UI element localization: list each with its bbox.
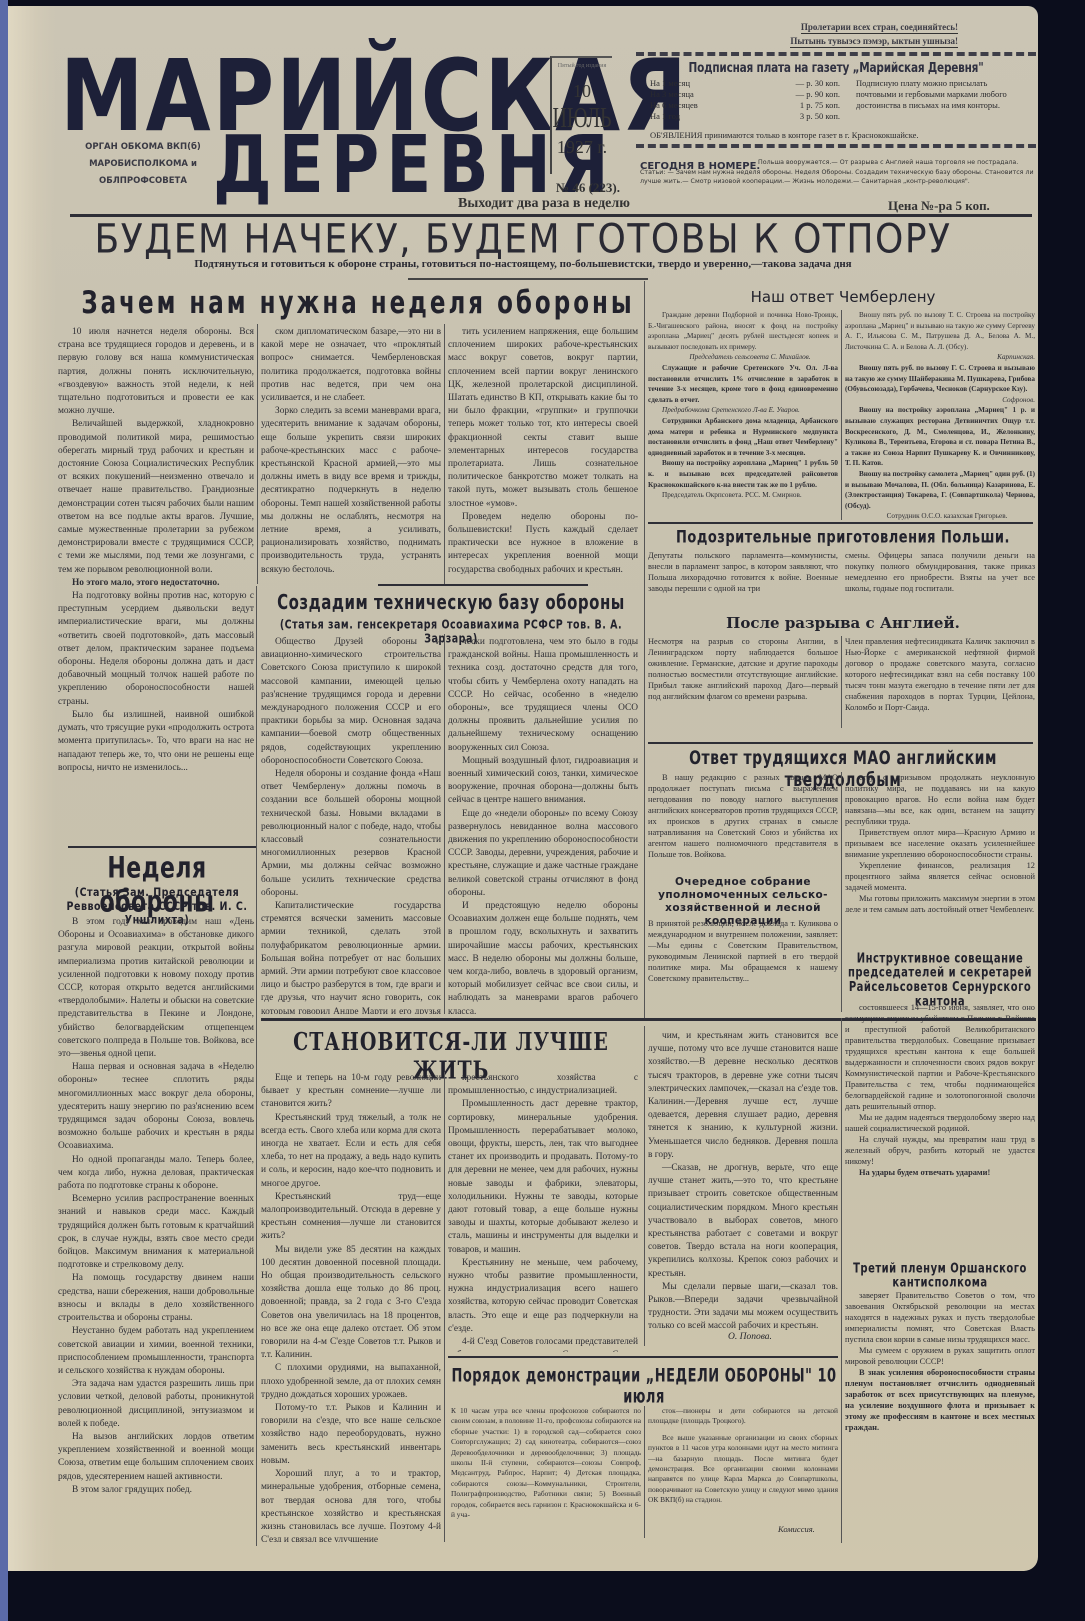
article-mao-reply-col1: В нашу редакцию с разных концов МАО прод… — [648, 772, 838, 874]
article-england-col1: Несмотря на разрыв со стороны Англии, в … — [648, 636, 838, 728]
article-title-instructive: Инструктивное совещание председателей и … — [845, 952, 1035, 1009]
column-rule — [841, 636, 842, 728]
rate-row: На 1 год3 р. 50 коп. — [650, 111, 840, 122]
article-better-life-col1: Еще и теперь на 10-м году революции быва… — [261, 1072, 441, 1542]
ads-notice: ОБ'ЯВЛЕНИЯ принимаются только в конторе … — [650, 130, 919, 140]
article-coop-meeting-text: В принятой резолюции, после доклада т. К… — [648, 918, 838, 1008]
column-rule — [444, 634, 445, 1014]
scan-edge-left — [0, 0, 8, 1621]
column-rule — [841, 1018, 842, 1543]
date-label: Пятый год издания — [552, 62, 612, 71]
article-divider — [448, 1356, 838, 1358]
organ-line: ОРГАН ОБКОМА ВКП(б) — [68, 139, 218, 156]
article-divider — [648, 742, 1033, 744]
column-rule — [644, 281, 645, 1021]
column-rule — [644, 1026, 645, 1346]
today-in-issue-label: СЕГОДНЯ В НОМЕРЕ. — [640, 161, 760, 172]
article-instructive-text: состоявшееся 14—15-го июня, заявляет, чт… — [845, 1002, 1035, 1252]
article-why-week-col2: ском дипломатическом базаре,—это ни в ка… — [261, 326, 441, 576]
article-tech-base-col2: чески подготовлена, чем это было в годы … — [448, 636, 638, 1014]
column-rule — [256, 586, 257, 1546]
article-demonstration-col2: сток—пионеры и дети собираются на детско… — [648, 1406, 838, 1538]
newspaper-page: МАРИЙСКАЯ ДЕРЕВНЯ ОРГАН ОБКОМА ВКП(б) МА… — [8, 6, 1038, 1571]
article-title-poland: Подозрительные приготовления Польши. — [648, 528, 1038, 548]
masthead-organ: ОРГАН ОБКОМА ВКП(б) МАРОБИСПОЛКОМА и ОБЛ… — [68, 139, 218, 190]
article-poland-col1: Депутаты польского парламента—коммунисты… — [648, 550, 838, 602]
scan-edge-right — [1045, 0, 1085, 1621]
subscription-note: Подписную плату можно присылать почтовым… — [856, 78, 1026, 111]
article-why-week-col1: 10 июля начнется неделя обороны. Вся стр… — [58, 326, 254, 846]
date-box: Пятый год издания 10 ИЮЛЬ 1927 г. — [550, 56, 612, 174]
article-title-england: После разрыва с Англией. — [648, 614, 1038, 632]
subscription-title: Подписная плата на газету „Марийская Дер… — [642, 61, 1030, 76]
article-title-orsha-plenum: Третий пленум Оршанского кантисполкома — [845, 1262, 1035, 1291]
slogan-mari: Пытынь тувыэсэ пэмэр, ыктын ушныза! — [790, 36, 958, 48]
date-month: ИЮЛЬ — [552, 103, 612, 135]
date-day: 10 — [552, 81, 612, 102]
article-mao-reply-col2: стау с призывом продолжать неуклонную по… — [845, 772, 1035, 912]
organ-line: ОБЛПРОФСОВЕТА — [68, 173, 218, 190]
slogan-russian: Пролетарии всех стран, соединяйтесь! — [801, 22, 958, 34]
subscription-box: Подписная плата на газету „Марийская Дер… — [636, 52, 1036, 148]
article-england-col2: Член правления нефтесиндиката Каличк зак… — [845, 636, 1035, 728]
article-divider — [648, 522, 1033, 524]
price: Цена №-ра 5 коп. — [888, 198, 990, 214]
article-divider — [378, 584, 588, 586]
column-rule — [444, 324, 445, 584]
article-poland-col2: смены. Офицеры запаса получили деньги на… — [845, 550, 1035, 602]
subscription-rates: На 1 месяц— р. 30 коп. На 3 месяца— р. 9… — [650, 78, 840, 122]
article-title-why-week: Зачем нам нужна неделя обороны — [78, 286, 638, 321]
article-better-life-signature: О. Попова. — [728, 1332, 772, 1342]
main-headline: БУДЕМ НАЧЕКУ, БУДЕМ ГОТОВЫ К ОТПОРУ — [8, 217, 1038, 263]
frequency: Выходит два раза в неделю — [458, 196, 630, 212]
article-divider — [261, 1018, 1036, 1021]
organ-line: МАРОБИСПОЛКОМА и — [68, 156, 218, 173]
issue-number: № 46 (223). — [556, 180, 620, 196]
article-demonstration-col1: К 10 часам утра все члены профсоюзов соб… — [451, 1406, 641, 1538]
article-week-defense-text: В этом году мы проводим наш «День Оборон… — [58, 916, 254, 1546]
article-chamberlain-col1: Граждане деревни Подборной и починка Нов… — [648, 310, 838, 520]
article-title-chamberlain: Наш ответ Чемберлену — [648, 288, 1038, 306]
article-why-week-col3: тить усилением напряжения, еще большим с… — [448, 326, 638, 576]
article-better-life-col2: крестьянского хозяйства с промышленность… — [448, 1072, 638, 1352]
column-rule — [444, 1072, 445, 1542]
article-demonstration-signature: Комиссия. — [778, 1524, 815, 1534]
article-title-demonstration: Порядок демонстрации „НЕДЕЛИ ОБОРОНЫ" 10… — [448, 1366, 840, 1408]
column-rule — [257, 324, 258, 584]
headline-rule — [408, 278, 648, 280]
sub-headline: Подтянуться и готовиться к обороне стран… — [8, 258, 1038, 270]
column-rule — [841, 310, 842, 520]
rate-row: На 6 месяцев1 р. 75 коп. — [650, 100, 840, 111]
column-rule — [644, 1406, 645, 1538]
article-orsha-plenum-text: заверяет Правительство Советов о том, чт… — [845, 1290, 1035, 1540]
article-tech-base-col1: Общество Друзей обороны и авиационно-хим… — [261, 636, 441, 1014]
article-divider — [68, 846, 256, 848]
article-better-life-col3: чим, и крестьянам жить становится все лу… — [648, 1030, 838, 1330]
column-rule — [841, 772, 842, 1012]
article-title-tech-base: Создадим техническую базу обороны — [261, 590, 641, 614]
article-chamberlain-col2: Вношу пять руб. по вызову Т. С. Строева … — [845, 310, 1035, 520]
date-year: 1927 г. — [552, 137, 612, 158]
rate-row: На 3 месяца— р. 90 коп. — [650, 89, 840, 100]
rate-row: На 1 месяц— р. 30 коп. — [650, 78, 840, 89]
